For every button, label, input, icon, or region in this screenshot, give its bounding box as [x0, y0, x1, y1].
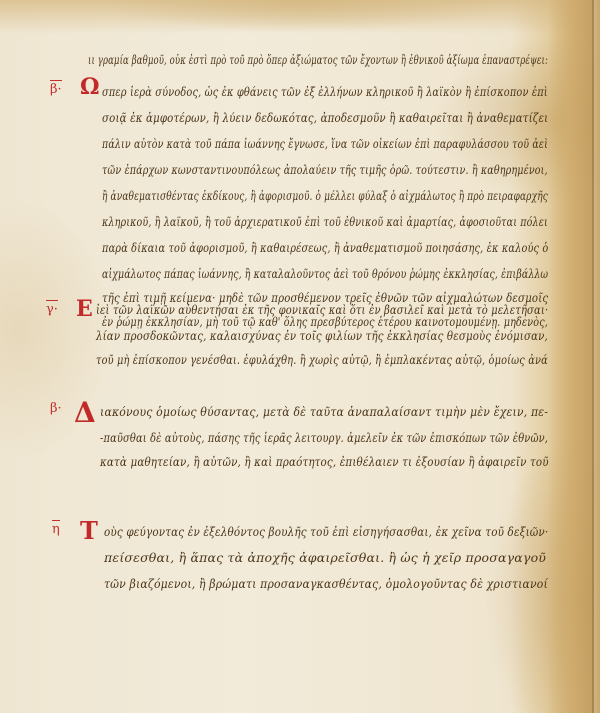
- margin-number: β·: [50, 80, 62, 97]
- text-line: ιι γραμία βαθμοῦ, οὐκ ἐστὶ πρὸ τοῦ πρὸ ὅ…: [88, 52, 548, 67]
- text-line: ιακόνους ὁμοίως θύσαντας, μετὰ δὲ ταῦτα …: [100, 404, 548, 419]
- text-line: λίαν προσδοκῶντας, καλαισχύνας ἐν τοῖς φ…: [96, 328, 548, 343]
- manuscript-page: ιι γραμία βαθμοῦ, οὐκ ἐστὶ πρὸ τοῦ πρὸ ὅ…: [0, 0, 600, 713]
- red-initial: Τ: [80, 516, 98, 545]
- margin-number: γ·: [46, 300, 58, 317]
- text-line: οὺς φεύγοντας ἐν ἐξελθόντος βουλῆς τοῦ ἐ…: [104, 524, 548, 539]
- text-line: παρὰ δίκαια τοῦ ἀφορισμοῦ, ἢ καθαιρέσεως…: [102, 240, 548, 255]
- text-line: σπερ ἱερὰ σύνοδος, ὡς ἐκ φθάνεις τῶν ἐξ …: [102, 84, 548, 99]
- red-initial: Ε: [76, 296, 93, 322]
- margin-number: η: [52, 520, 60, 537]
- red-initial: Ω: [80, 74, 100, 100]
- text-line: τῶν ἐπάρχων κωνσταντινουπόλεως ἀπολαύειν…: [102, 162, 548, 177]
- text-line: πάλιν αὐτὸν κατὰ τοῦ πάπα ἰωάννης ἔγνωσε…: [102, 136, 548, 151]
- text-line: τοῦ μὴ ἐπίσκοπον γενέσθαι. ἐφυλάχθη. ἢ χ…: [96, 352, 548, 367]
- margin-number: β·: [50, 401, 62, 416]
- text-line: τῶν βιαζόμενοι, ἢ βρώματι προσαναγκασθέν…: [104, 576, 548, 591]
- text-line: κληρικοῦ, ἢ λαϊκοῦ, ἢ τοῦ ἀρχιερατικοῦ ἐ…: [102, 214, 548, 229]
- text-line: σοιᾷ ἐκ ἀμφοτέρων, ἢ λύειν δεδωκότας, ἀπ…: [102, 110, 548, 125]
- text-line: ἢ ἀναθεματισθέντας ἐκδίκους, ἢ ἀφορισμοῦ…: [102, 188, 548, 203]
- text-line: -παῦσθαι δὲ αὐτοὺς, πάσης τῆς ἱερᾶς λειτ…: [100, 430, 548, 445]
- text-line: πείσεσθαι, ἢ ἅπας τὰ ἀποχῆς ἀφαιρεῖσθαι.…: [104, 550, 546, 565]
- text-line: κατὰ μαθητείαν, ἢ αὐτῶν, ἢ καὶ πραότητος…: [100, 454, 549, 469]
- red-initial: Δ: [74, 396, 96, 429]
- text-line: ἰεὶ τῶν λαϊκῶν αὐθεντήσαι ἐκ τῆς φονικαῖ…: [96, 302, 548, 317]
- text-line: αἰχμάλωτος πάπας ἰωάννης, ἢ καταλαλοῦντο…: [102, 266, 548, 281]
- text-block: ιι γραμία βαθμοῦ, οὐκ ἐστὶ πρὸ τοῦ πρὸ ὅ…: [0, 0, 600, 713]
